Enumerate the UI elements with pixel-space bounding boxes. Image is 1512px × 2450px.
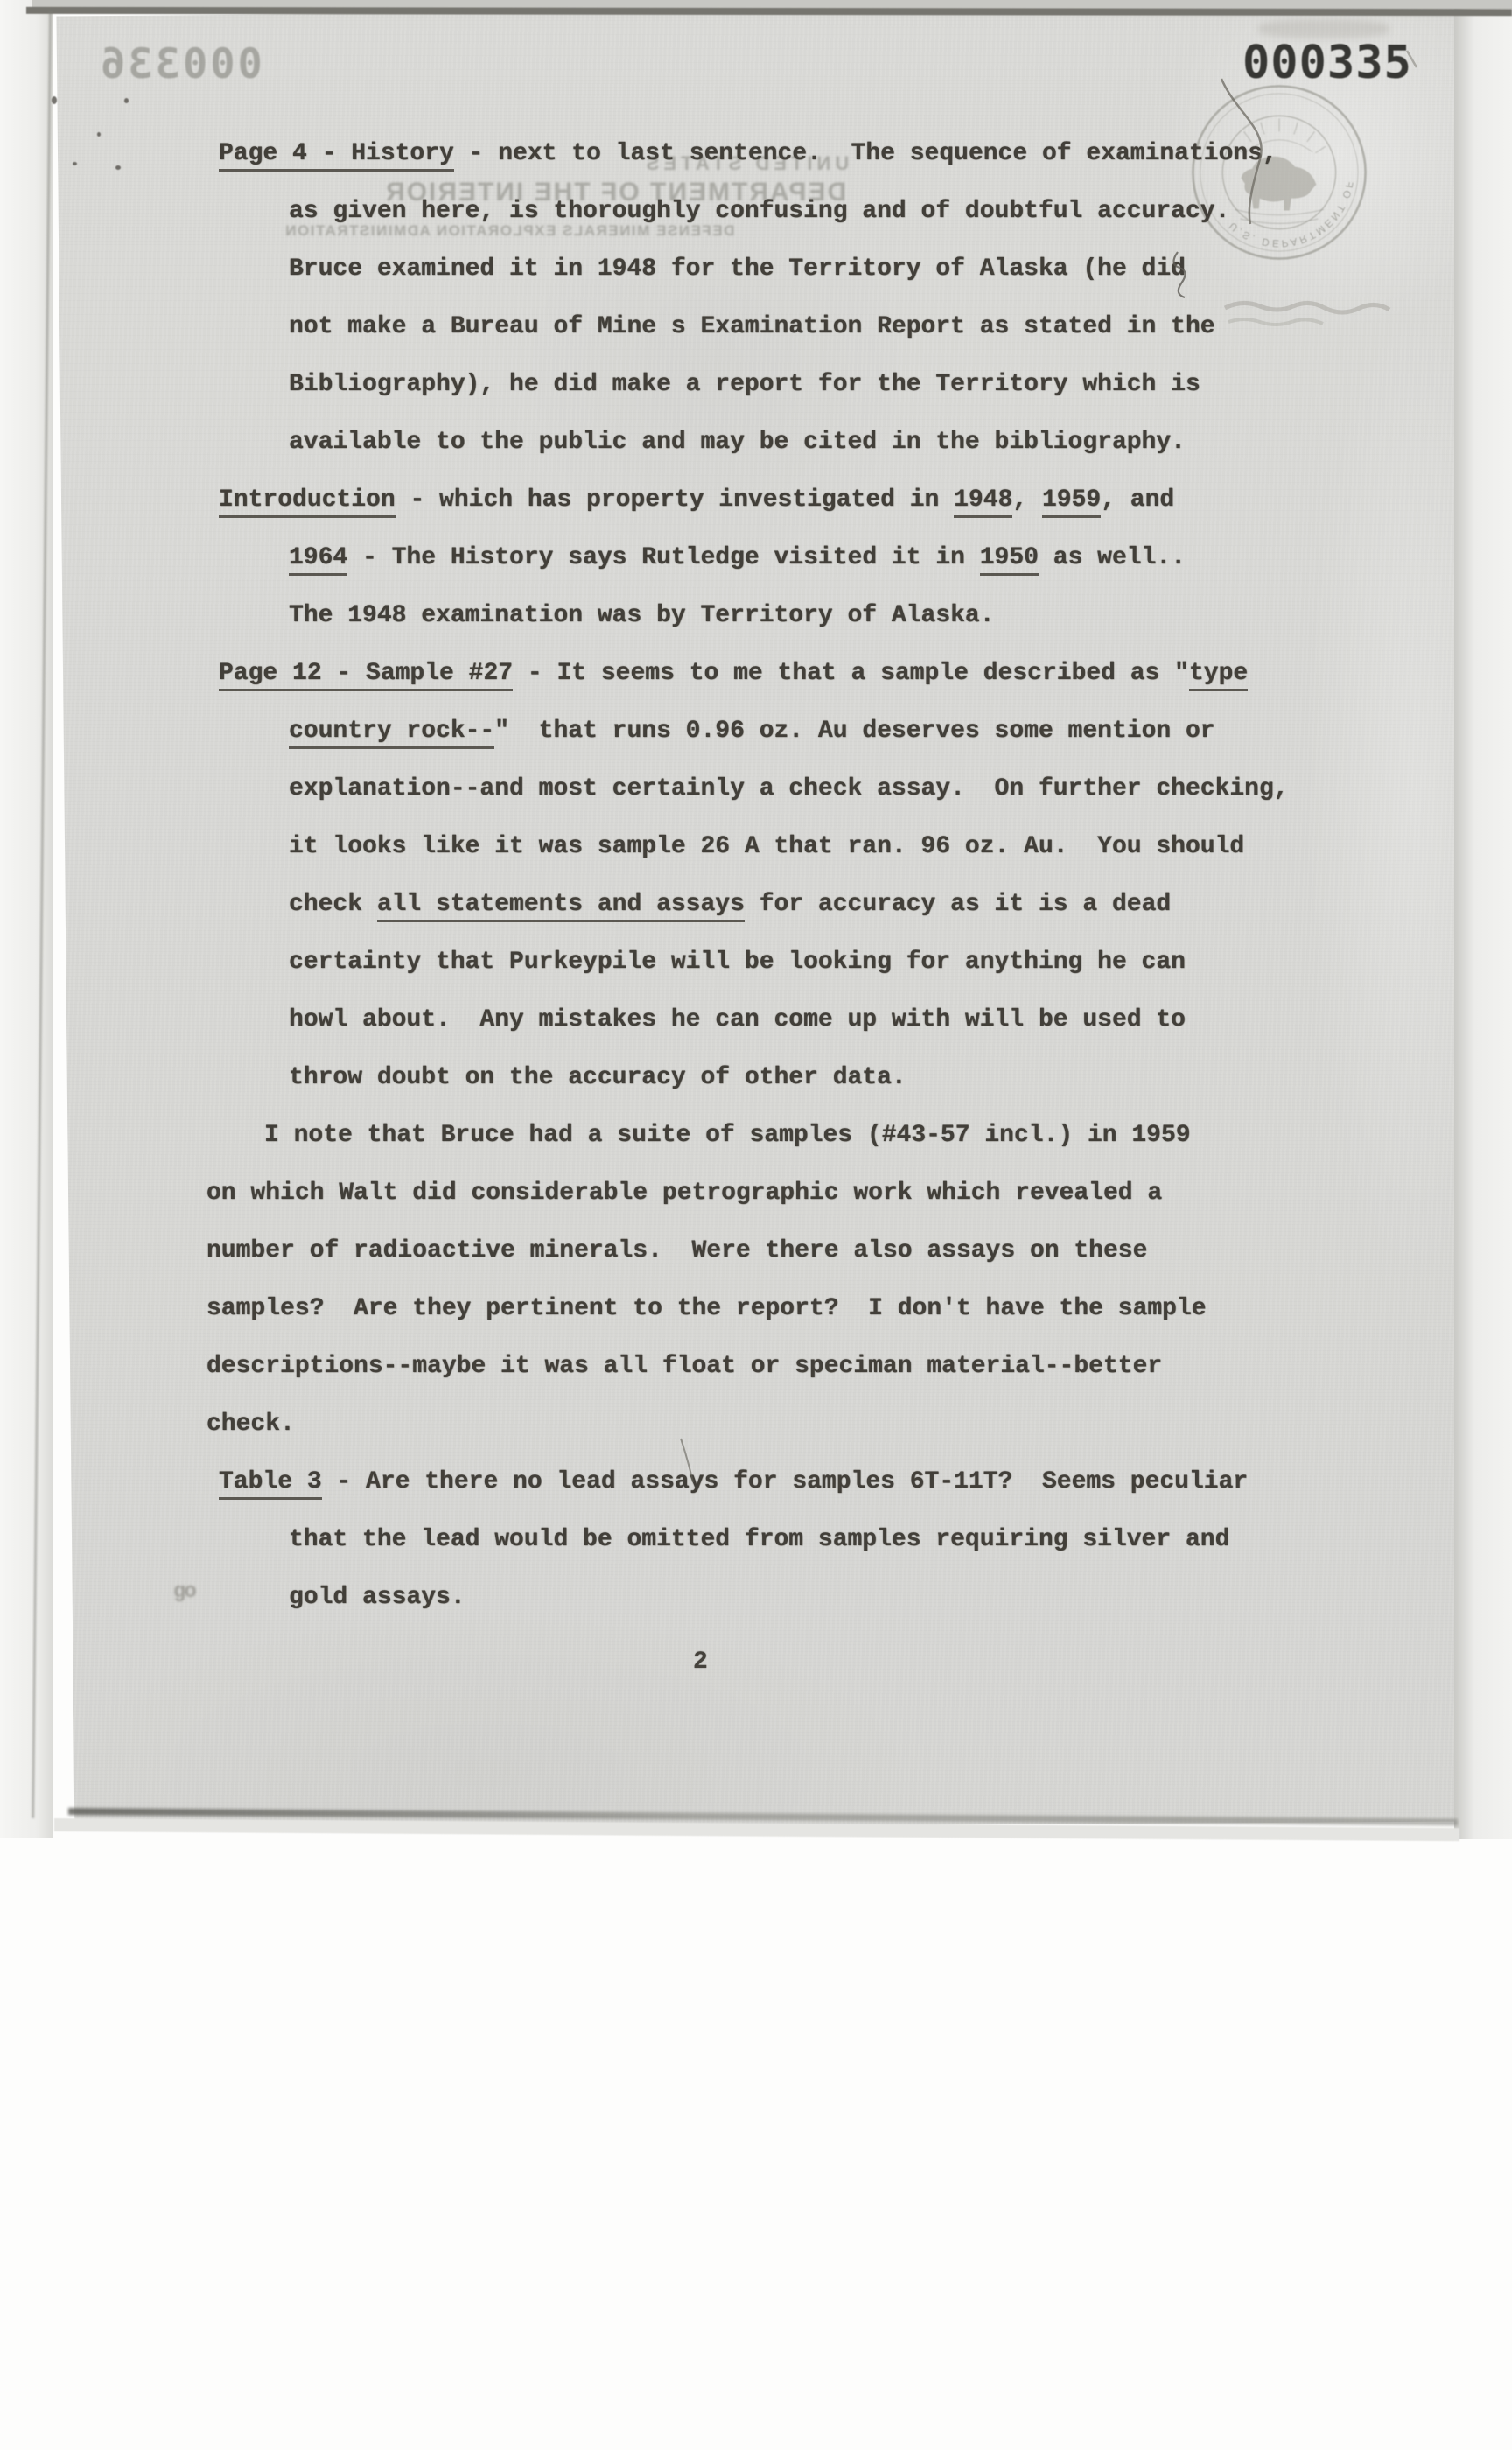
typed-line: number of radioactive minerals. Were the… xyxy=(206,1237,1147,1264)
typed-text: certainty that Purkeypile will be lookin… xyxy=(289,948,1186,976)
ink-speck xyxy=(115,165,121,170)
typed-text: - The History says Rutledge visited it i… xyxy=(347,544,980,571)
ink-speck xyxy=(97,132,101,136)
typed-line: not make a Bureau of Mine s Examination … xyxy=(289,313,1215,340)
underlined-text: all statements and assays xyxy=(377,891,745,922)
typed-line: it looks like it was sample 26 A that ra… xyxy=(289,833,1244,860)
underlined-text: Introduction xyxy=(219,486,395,518)
typed-line: check. xyxy=(206,1410,295,1438)
underlined-text: Page 4 - History xyxy=(219,140,454,171)
typed-line: throw doubt on the accuracy of other dat… xyxy=(289,1064,906,1091)
typed-text: samples? Are they pertinent to the repor… xyxy=(206,1295,1207,1322)
typed-line: gold assays. xyxy=(289,1584,465,1611)
ink-speck xyxy=(73,162,77,165)
typed-text: - It seems to me that a sample described… xyxy=(513,660,1189,687)
typed-line: Introduction - which has property invest… xyxy=(219,486,1174,514)
typed-text: The 1948 examination was by Territory of… xyxy=(289,602,995,629)
typed-text: on which Walt did considerable petrograp… xyxy=(206,1179,1162,1207)
typed-text: - which has property investigated in xyxy=(395,486,955,514)
underlined-text: type xyxy=(1189,660,1248,691)
typed-text: that the lead would be omitted from samp… xyxy=(289,1526,1229,1553)
typed-line: The 1948 examination was by Territory of… xyxy=(289,602,995,629)
typed-text: descriptions--maybe it was all float or … xyxy=(206,1353,1162,1380)
typed-line: certainty that Purkeypile will be lookin… xyxy=(289,948,1186,976)
typed-text: throw doubt on the accuracy of other dat… xyxy=(289,1064,906,1091)
typed-text: explanation--and most certainly a check … xyxy=(289,775,1289,802)
margin-smudge-mark: go xyxy=(173,1580,195,1604)
typed-text: check xyxy=(289,891,377,918)
typed-text: " that runs 0.96 oz. Au deserves some me… xyxy=(494,717,1214,745)
typed-line: explanation--and most certainly a check … xyxy=(289,775,1289,802)
typed-line: samples? Are they pertinent to the repor… xyxy=(206,1295,1207,1322)
typed-text: it looks like it was sample 26 A that ra… xyxy=(289,833,1244,860)
typed-line: country rock--" that runs 0.96 oz. Au de… xyxy=(289,717,1215,745)
typed-line: on which Walt did considerable petrograp… xyxy=(206,1179,1162,1207)
typed-text: for accuracy as it is a dead xyxy=(745,891,1171,918)
typed-line: check all statements and assays for accu… xyxy=(289,891,1171,918)
typed-line: as given here, is thoroughly confusing a… xyxy=(289,198,1229,225)
typed-text: gold assays. xyxy=(289,1584,465,1611)
typed-text-block: Page 4 - History - next to last sentence… xyxy=(0,0,1512,1837)
underlined-text: Table 3 xyxy=(219,1468,322,1500)
typed-line: 1964 - The History says Rutledge visited… xyxy=(289,544,1186,571)
underlined-text: 1959 xyxy=(1042,486,1101,518)
underlined-text: 1948 xyxy=(954,486,1012,518)
typed-line: Bruce examined it in 1948 for the Territ… xyxy=(289,255,1186,283)
typed-line: descriptions--maybe it was all float or … xyxy=(206,1353,1162,1380)
page-number: 2 xyxy=(693,1648,708,1676)
typed-text: as well.. xyxy=(1039,544,1186,571)
underlined-text: country rock-- xyxy=(289,717,494,749)
typed-line: Page 4 - History - next to last sentence… xyxy=(219,140,1277,167)
scanned-memo-page: 000336 UNITED STATES DEPARTMENT OF THE I… xyxy=(0,0,1512,2450)
typed-line: Page 12 - Sample #27 - It seems to me th… xyxy=(219,660,1248,687)
typed-text: - Are there no lead assays for samples 6… xyxy=(322,1468,1249,1495)
underlined-text: Page 12 - Sample #27 xyxy=(219,660,513,691)
typed-line: available to the public and may be cited… xyxy=(289,429,1186,456)
typed-text: as given here, is thoroughly confusing a… xyxy=(289,198,1229,225)
typed-text: I note that Bruce had a suite of samples… xyxy=(264,1122,1191,1149)
typed-line: that the lead would be omitted from samp… xyxy=(289,1526,1229,1553)
typed-text: not make a Bureau of Mine s Examination … xyxy=(289,313,1215,340)
typed-text: available to the public and may be cited… xyxy=(289,429,1186,456)
typed-line: Bibliography), he did make a report for … xyxy=(289,371,1200,398)
typed-text: - next to last sentence. The sequence of… xyxy=(454,140,1277,167)
typed-text: number of radioactive minerals. Were the… xyxy=(206,1237,1147,1264)
underlined-text: 1964 xyxy=(289,544,347,576)
typed-text: , xyxy=(1012,486,1042,514)
typed-line: Table 3 - Are there no lead assays for s… xyxy=(219,1468,1248,1495)
typed-text: Bruce examined it in 1948 for the Territ… xyxy=(289,255,1186,283)
typed-text: , and xyxy=(1101,486,1174,514)
typed-line: howl about. Any mistakes he can come up … xyxy=(289,1006,1186,1033)
typed-text: howl about. Any mistakes he can come up … xyxy=(289,1006,1186,1033)
typed-text: check. xyxy=(206,1410,295,1438)
typed-text: Bibliography), he did make a report for … xyxy=(289,371,1200,398)
ink-speck xyxy=(124,98,129,103)
typed-line: I note that Bruce had a suite of samples… xyxy=(264,1122,1191,1149)
underlined-text: 1950 xyxy=(980,544,1039,576)
ink-speck xyxy=(52,96,57,104)
